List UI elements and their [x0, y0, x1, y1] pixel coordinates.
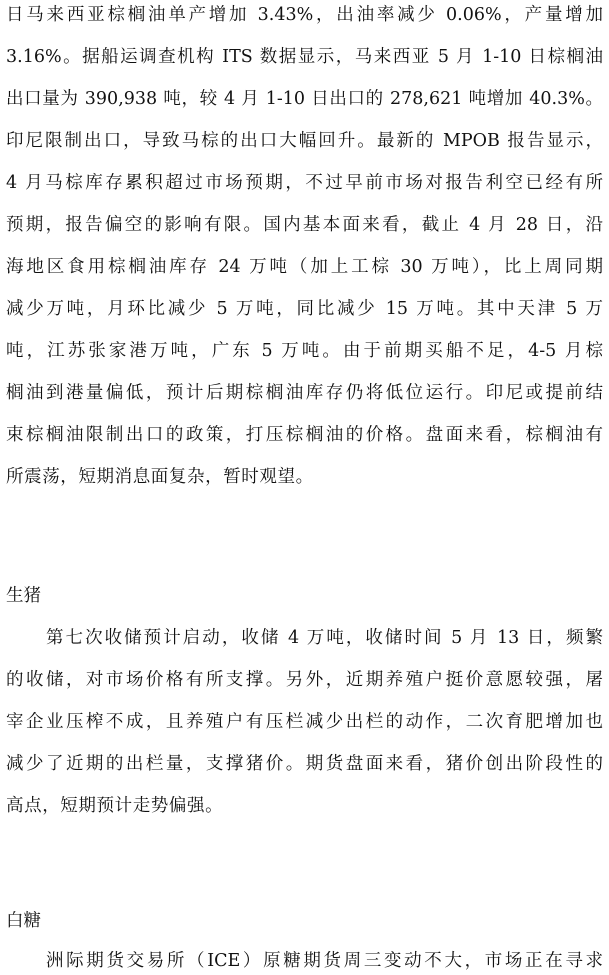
paragraph-line: 印尼限制出口，导致马棕的出口大幅回升。最新的 MPOB 报告显示，: [6, 130, 603, 152]
paragraph-line: 海地区食用棕榈油库存 24 万吨（加上工棕 30 万吨），比上周同期: [6, 256, 603, 278]
paragraph-line: 减少了近期的出栏量，支撑猪价。期货盘面来看，猪价创出阶段性的: [6, 753, 603, 775]
paragraph-line: 预期，报告偏空的影响有限。国内基本面来看，截止 4 月 28 日，沿: [6, 214, 603, 236]
paragraph-line: 减少万吨，月环比减少 5 万吨，同比减少 15 万吨。其中天津 5 万: [6, 298, 603, 320]
paragraph-line: 束棕榈油限制出口的政策，打压棕榈油的价格。盘面来看，棕榈油有: [6, 424, 603, 446]
paragraph-line: 4 月马棕库存累积超过市场预期，不过早前市场对报告利空已经有所: [6, 172, 603, 194]
section-heading-sugar: 白糖: [6, 910, 41, 932]
paragraph-line: 高点，短期预计走势偏强。: [6, 795, 223, 817]
paragraph-line: 的收储，对市场价格有所支撑。另外，近期养殖户挺价意愿较强，屠: [6, 669, 603, 691]
paragraph-line: 宰企业压榨不成，且养殖户有压栏减少出栏的动作，二次育肥增加也: [6, 711, 603, 733]
paragraph-line: 所震荡，短期消息面复杂，暂时观望。: [6, 466, 314, 488]
section-heading-hog: 生猪: [6, 585, 41, 607]
paragraph-line: 日马来西亚棕榈油单产增加 3.43%，出油率减少 0.06%，产量增加: [6, 4, 603, 26]
paragraph-line: 洲际期货交易所（ICE）原糖期货周三变动不大，市场正在寻求: [46, 950, 603, 972]
paragraph-line: 第七次收储预计启动，收储 4 万吨，收储时间 5 月 13 日，频繁: [46, 627, 603, 649]
paragraph-line: 吨，江苏张家港万吨，广东 5 万吨。由于前期买船不足，4-5 月棕: [6, 340, 603, 362]
paragraph-line: 出口量为 390,938 吨，较 4 月 1-10 日出口的 278,621 吨…: [6, 88, 603, 110]
paragraph-line: 3.16%。据船运调查机构 ITS 数据显示，马来西亚 5 月 1-10 日棕榈…: [6, 46, 603, 68]
paragraph-line: 榈油到港量偏低，预计后期棕榈油库存仍将低位运行。印尼或提前结: [6, 382, 603, 404]
